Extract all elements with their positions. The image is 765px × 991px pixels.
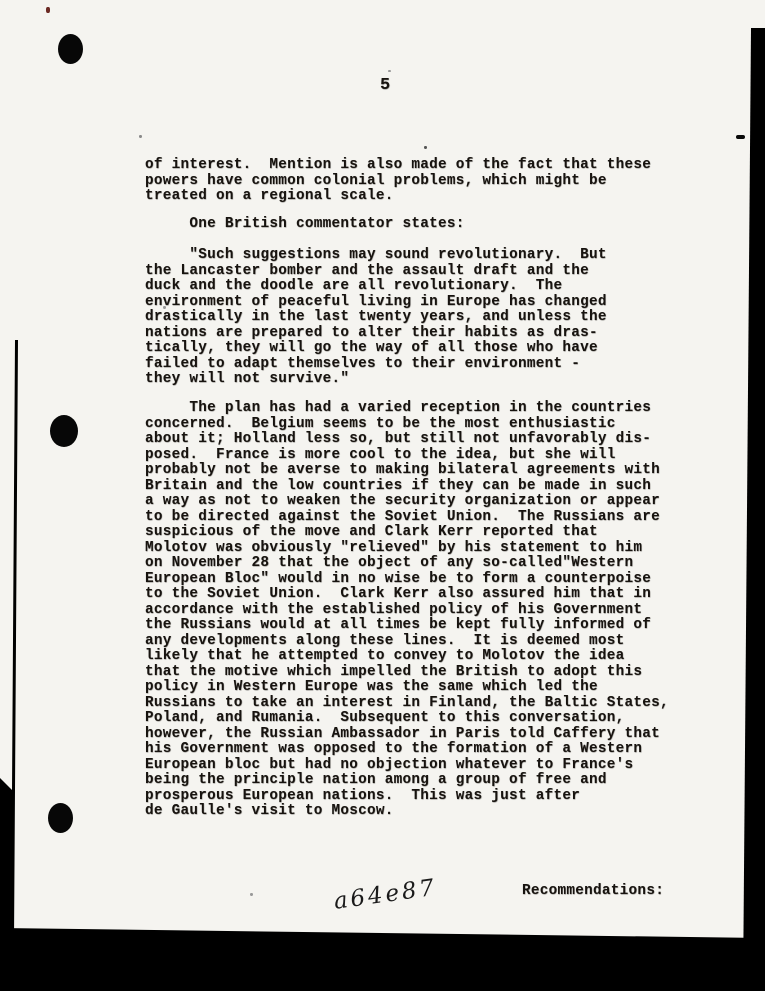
hole-punch-bottom [48, 803, 73, 833]
scan-border-left-edge [0, 340, 18, 940]
paragraph-plan-reception: The plan has had a varied reception in t… [145, 401, 669, 820]
paragraph-block-quote: "Such suggestions may sound revolutionar… [145, 248, 607, 388]
recommendations-heading: Recommendations: [522, 884, 664, 900]
scan-speck [424, 146, 427, 149]
hole-punch-middle [50, 415, 78, 447]
paragraph-commentator-lead: One British commentator states: [145, 217, 465, 233]
paragraph-intro: of interest. Mention is also made of the… [145, 158, 651, 205]
scanned-document-page: 5 of interest. Mention is also made of t… [0, 0, 765, 991]
scan-speck [46, 7, 50, 13]
scan-speck [139, 135, 142, 138]
page-number: 5 [380, 76, 390, 95]
scan-speck [250, 893, 253, 896]
scan-border-right [743, 28, 765, 991]
scan-border-bottom [0, 928, 765, 991]
hole-punch-top [58, 34, 83, 64]
handwritten-annotation: a64e87 [332, 875, 438, 915]
scan-speck [163, 306, 166, 309]
scan-speck [736, 135, 745, 139]
scan-speck [388, 70, 391, 72]
